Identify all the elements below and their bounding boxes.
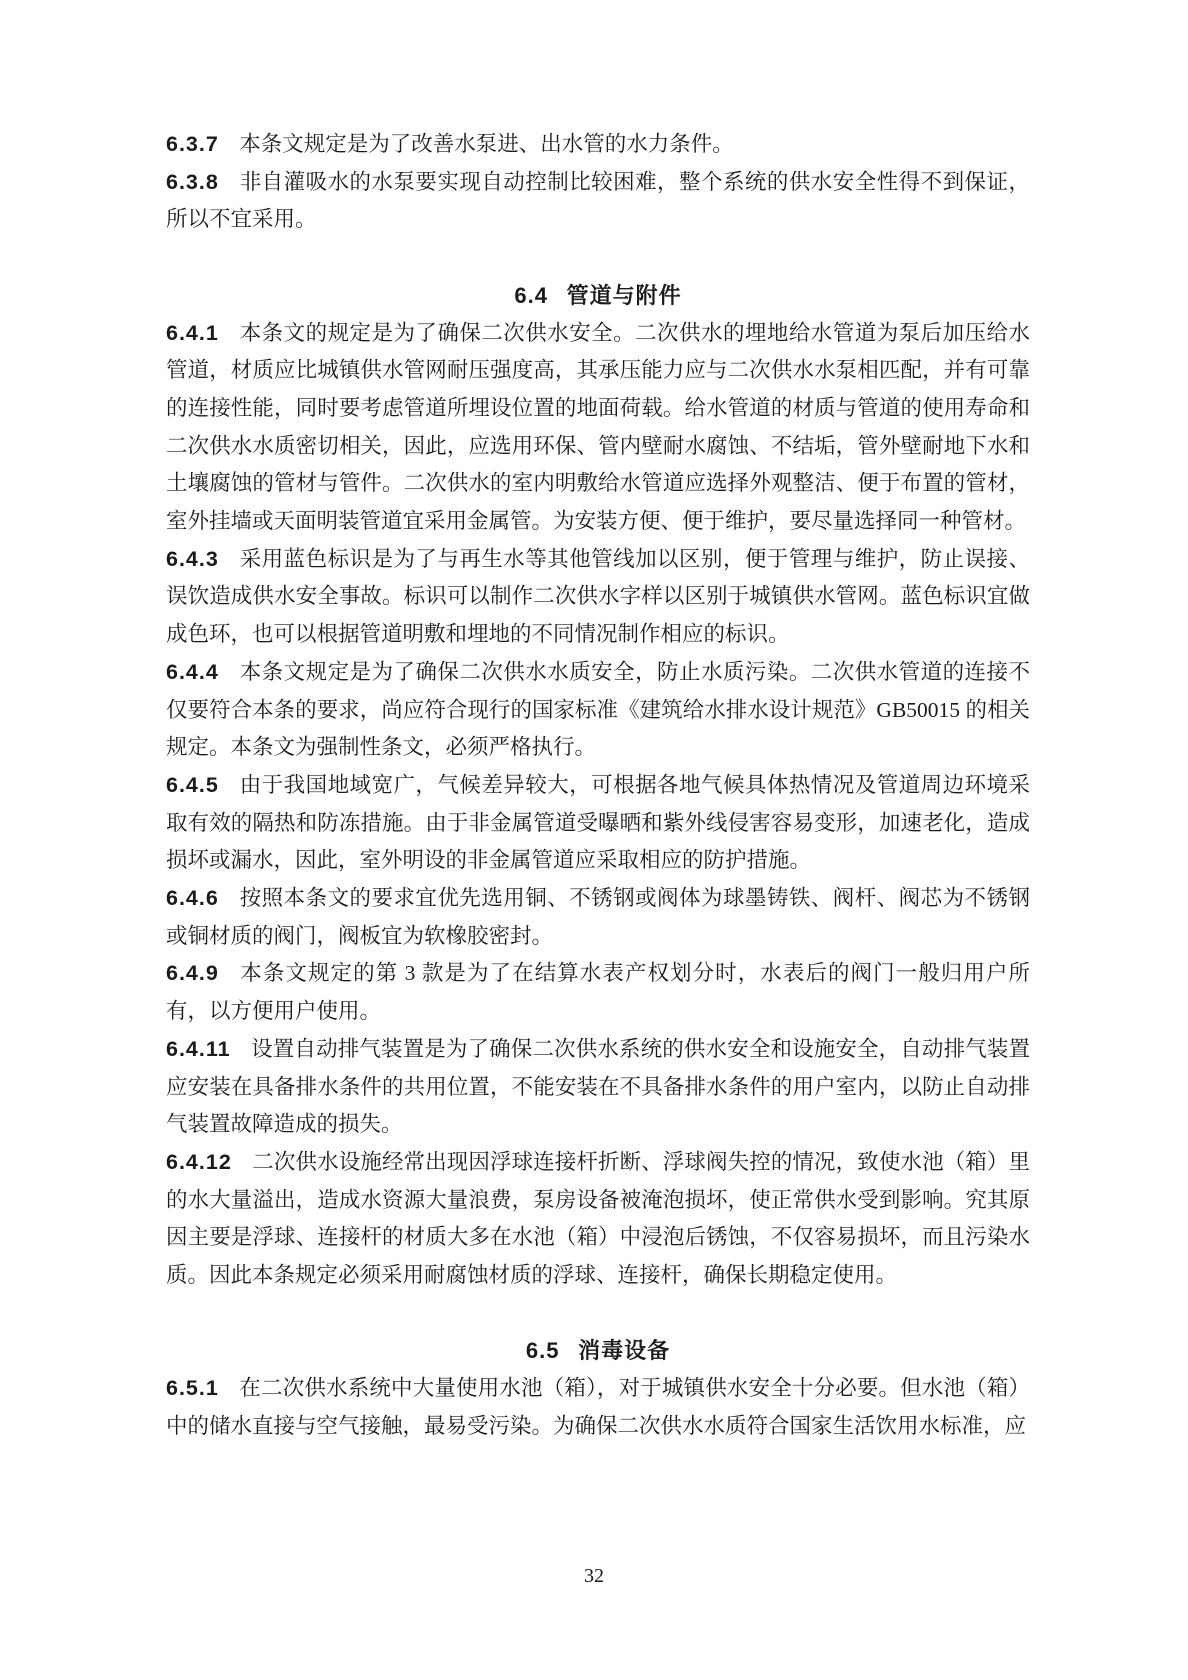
clause-number: 6.4.5 xyxy=(166,773,219,797)
clause-number: 6.3.7 xyxy=(166,132,219,156)
clause-number: 6.4.6 xyxy=(166,886,219,910)
clause-text: 二次供水设施经常出现因浮球连接杆折断、浮球阀失控的情况，致使水池（箱）里的水大量… xyxy=(166,1150,1030,1287)
clause-6-4-11: 6.4.11设置自动排气装置是为了确保二次供水系统的供水安全和设施安全，自动排气… xyxy=(166,1031,1030,1144)
clause-text: 采用蓝色标识是为了与再生水等其他管线加以区别，便于管理与维护，防止误接、误饮造成… xyxy=(166,547,1030,646)
section-title: 管道与附件 xyxy=(567,283,682,308)
document-page: 6.3.7本条文规定是为了改善水泵进、出水管的水力条件。 6.3.8非自灌吸水的… xyxy=(0,0,1188,1680)
clause-text: 本条文的规定是为了确保二次供水安全。二次供水的埋地给水管道为泵后加压给水管道，材… xyxy=(166,321,1030,534)
clause-6-4-9: 6.4.9本条文规定的第 3 款是为了在结算水表产权划分时，水表后的阀门一般归用… xyxy=(166,955,1030,1030)
section-number: 6.5 xyxy=(526,1338,560,1363)
section-title: 消毒设备 xyxy=(578,1338,670,1363)
clause-number: 6.5.1 xyxy=(166,1376,219,1400)
clause-6-3-7: 6.3.7本条文规定是为了改善水泵进、出水管的水力条件。 xyxy=(166,126,1030,164)
page-number: 32 xyxy=(0,1565,1188,1588)
clause-number: 6.4.12 xyxy=(166,1150,232,1174)
clause-6-4-12: 6.4.12二次供水设施经常出现因浮球连接杆折断、浮球阀失控的情况，致使水池（箱… xyxy=(166,1144,1030,1295)
clause-number: 6.4.3 xyxy=(166,547,219,571)
section-heading-6-5: 6.5消毒设备 xyxy=(166,1332,1030,1370)
clause-text: 设置自动排气装置是为了确保二次供水系统的供水安全和设施安全，自动排气装置应安装在… xyxy=(166,1037,1030,1136)
clause-6-4-6: 6.4.6按照本条文的要求宜优先选用铜、不锈钢或阀体为球墨铸铁、阀杆、阀芯为不锈… xyxy=(166,880,1030,955)
clause-number: 6.4.9 xyxy=(166,961,219,985)
section-heading-6-4: 6.4管道与附件 xyxy=(166,277,1030,315)
clause-6-4-1: 6.4.1本条文的规定是为了确保二次供水安全。二次供水的埋地给水管道为泵后加压给… xyxy=(166,315,1030,541)
clause-6-5-1: 6.5.1在二次供水系统中大量使用水池（箱），对于城镇供水安全十分必要。但水池（… xyxy=(166,1370,1030,1445)
clause-number: 6.3.8 xyxy=(166,170,219,194)
clause-6-4-4: 6.4.4本条文规定是为了确保二次供水水质安全，防止水质污染。二次供水管道的连接… xyxy=(166,654,1030,767)
clause-text: 本条文规定是为了确保二次供水水质安全，防止水质污染。二次供水管道的连接不仅要符合… xyxy=(166,660,1030,759)
clause-number: 6.4.1 xyxy=(166,321,219,345)
clause-text: 非自灌吸水的水泵要实现自动控制比较困难，整个系统的供水安全性得不到保证，所以不宜… xyxy=(166,170,1030,232)
clause-text: 在二次供水系统中大量使用水池（箱），对于城镇供水安全十分必要。但水池（箱）中的储… xyxy=(166,1376,1030,1438)
clause-6-4-3: 6.4.3采用蓝色标识是为了与再生水等其他管线加以区别，便于管理与维护，防止误接… xyxy=(166,541,1030,654)
document-body: 6.3.7本条文规定是为了改善水泵进、出水管的水力条件。 6.3.8非自灌吸水的… xyxy=(166,126,1030,1446)
clause-6-4-5: 6.4.5由于我国地域宽广，气候差异较大，可根据各地气候具体热情况及管道周边环境… xyxy=(166,767,1030,880)
clause-number: 6.4.4 xyxy=(166,660,219,684)
clause-text: 本条文规定是为了改善水泵进、出水管的水力条件。 xyxy=(239,132,734,156)
clause-number: 6.4.11 xyxy=(166,1037,231,1061)
section-number: 6.4 xyxy=(514,283,548,308)
clause-text: 按照本条文的要求宜优先选用铜、不锈钢或阀体为球墨铸铁、阀杆、阀芯为不锈钢或铜材质… xyxy=(166,886,1030,948)
clause-text: 本条文规定的第 3 款是为了在结算水表产权划分时，水表后的阀门一般归用户所有，以… xyxy=(166,961,1030,1023)
clause-text: 由于我国地域宽广，气候差异较大，可根据各地气候具体热情况及管道周边环境采取有效的… xyxy=(166,773,1030,872)
clause-6-3-8: 6.3.8非自灌吸水的水泵要实现自动控制比较困难，整个系统的供水安全性得不到保证… xyxy=(166,164,1030,239)
